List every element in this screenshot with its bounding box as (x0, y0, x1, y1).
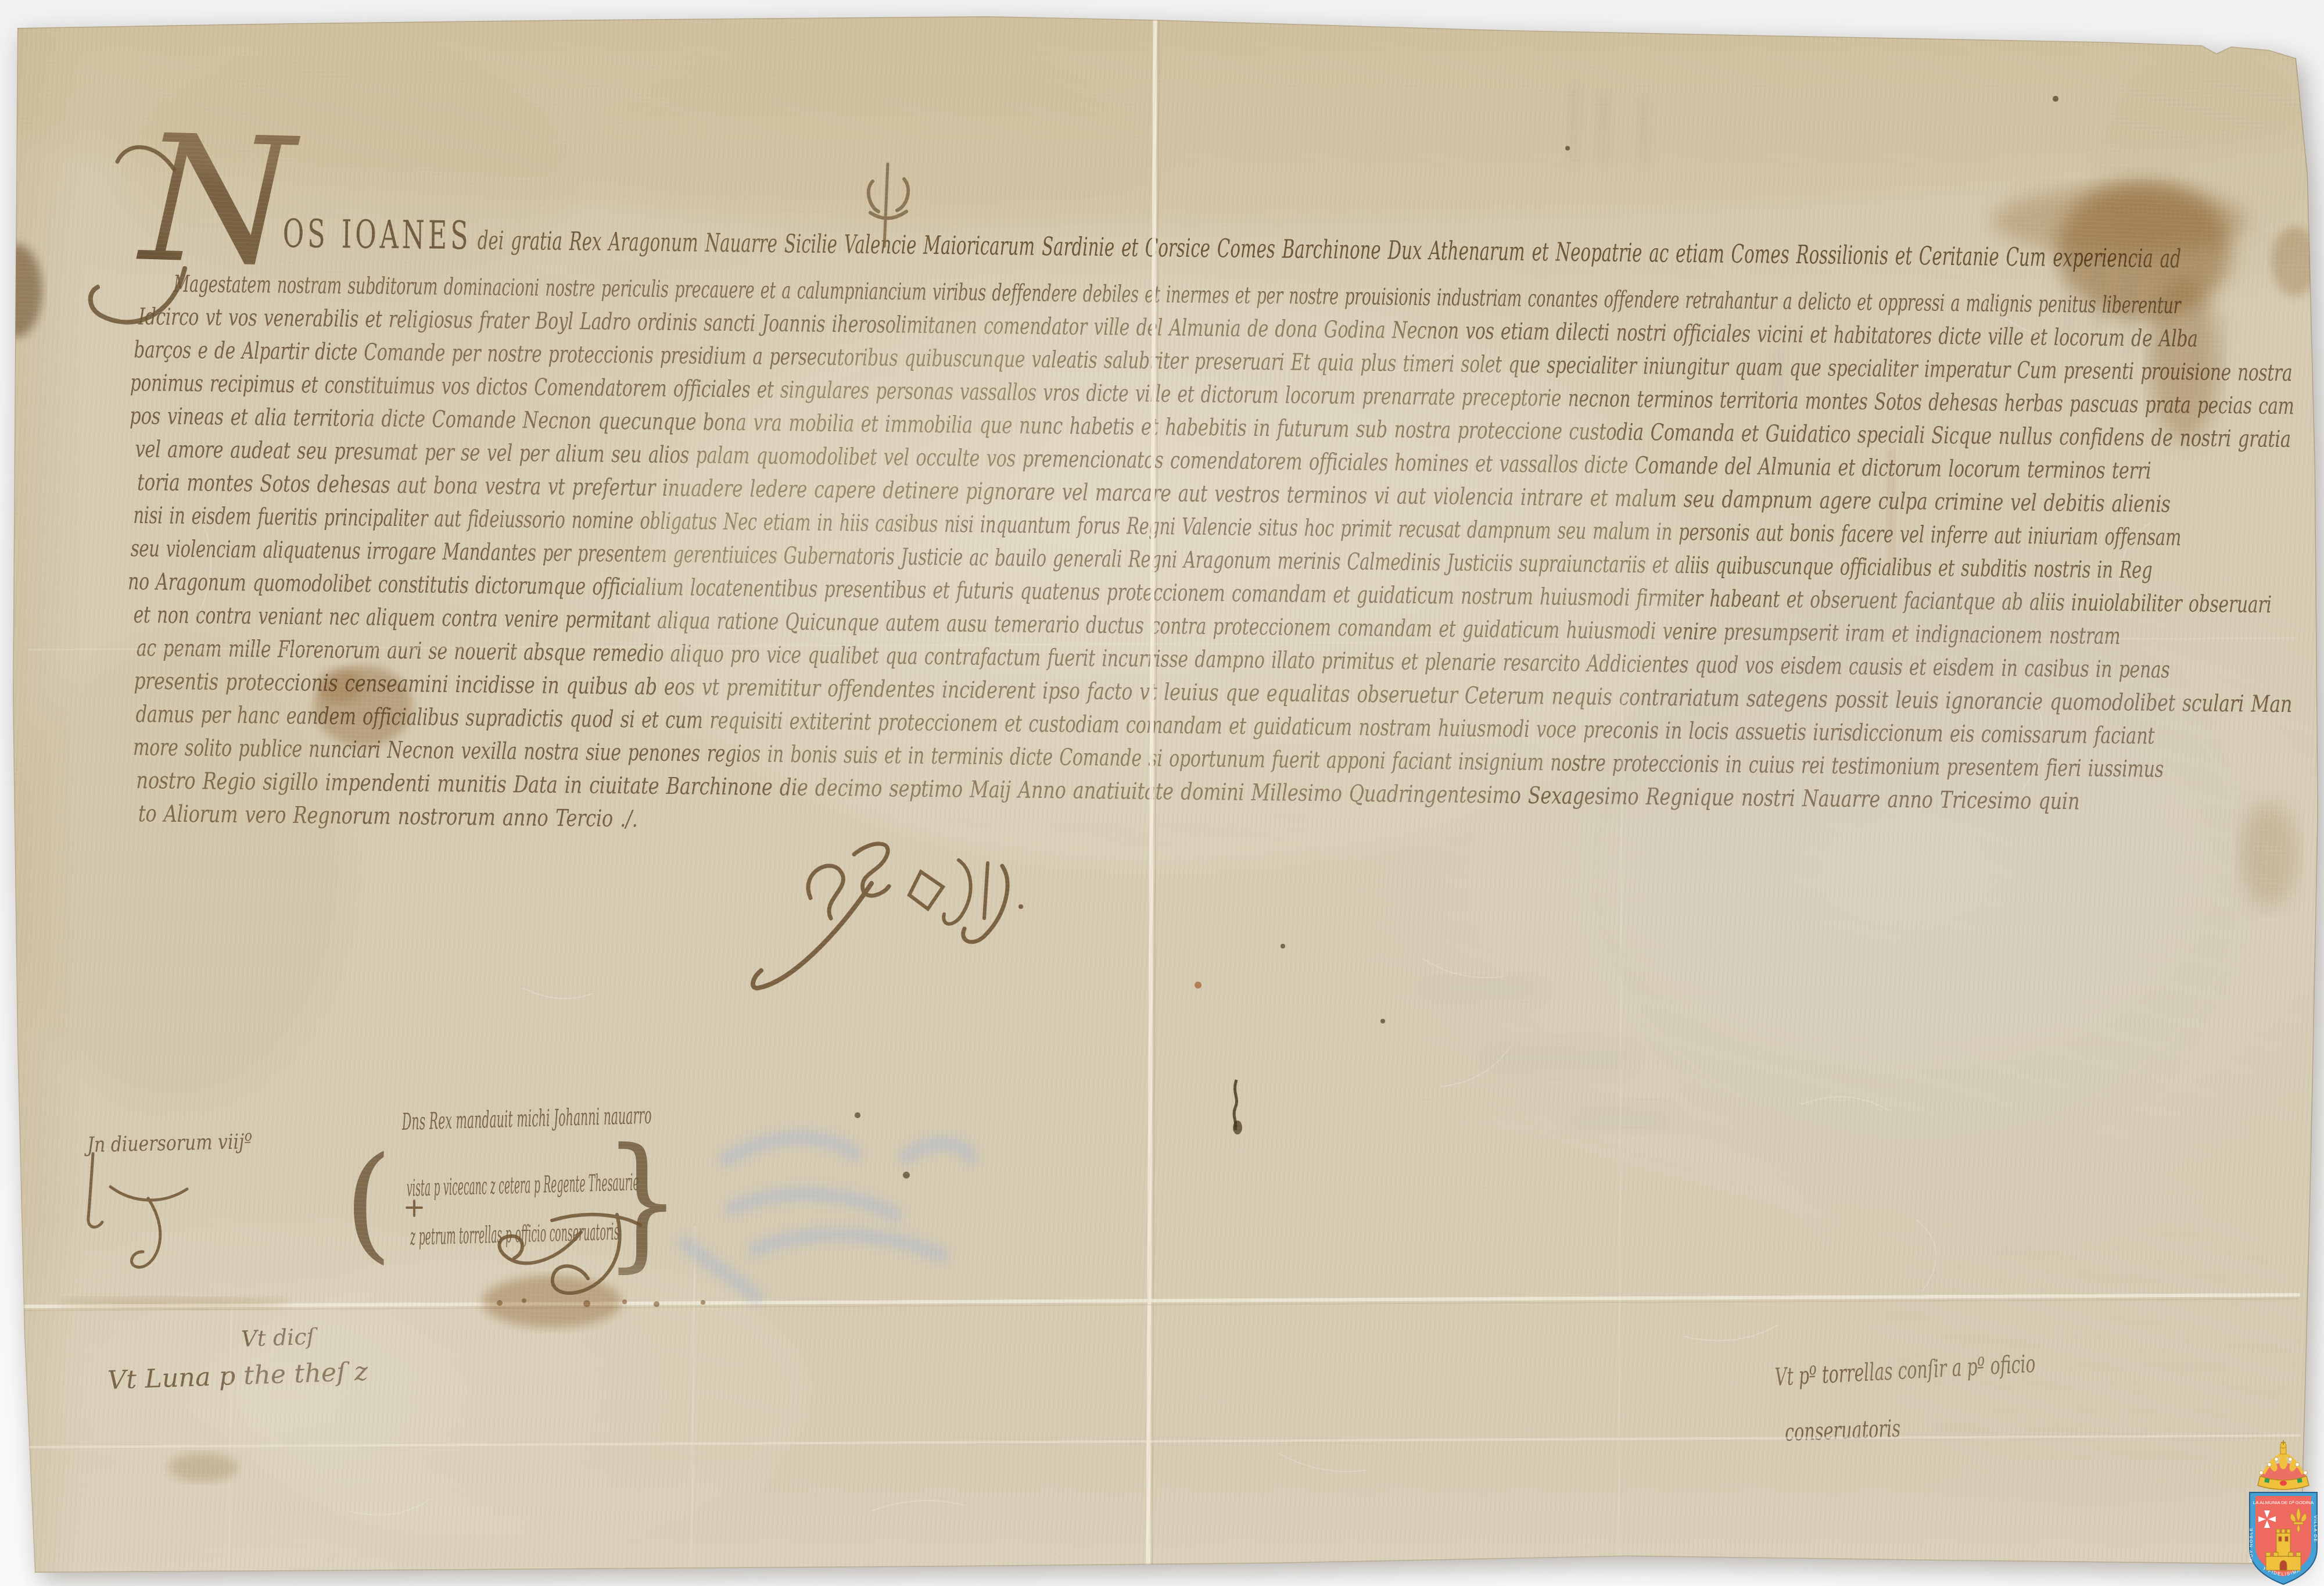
parchment-shadow-wrap: N OS IOANES dei gratia Rex Aragonum Naua… (0, 0, 2324, 1586)
registration-note: Jn diuersorum viijº (87, 1130, 253, 1157)
conservator-note-line2: conseruatoris (1784, 1414, 1901, 1447)
stamp-motto-right: VILLA DE (2313, 1515, 2318, 1542)
parchment-sheet: N OS IOANES dei gratia Rex Aragonum Naua… (0, 0, 2324, 1586)
crown-icon (2258, 1440, 2309, 1490)
svg-text:VILLA DE: VILLA DE (2313, 1515, 2318, 1542)
charter-text-block: OS IOANES dei gratia Rex Aragonum Nauarr… (123, 215, 2315, 965)
chancery-note-line: z petrum torrellas p officio conseruator… (410, 1219, 619, 1251)
archive-photograph: { "colors":{ "background":"#f3f3f4","par… (0, 0, 2324, 1586)
opening-royal-name: OS IOANES (282, 211, 472, 259)
opening-line: OS IOANES dei gratia Rex Aragonum Nauarr… (282, 211, 2181, 277)
stamp-motto-left: MUY NOBLE (2248, 1527, 2254, 1563)
municipal-coat-of-arms: LA ALMUNIA DE Dª GODINA MUY NOBLE Y FIDE… (2240, 1440, 2324, 1586)
verification-note-1: Vt dicſ (241, 1324, 315, 1352)
shield: LA ALMUNIA DE Dª GODINA MUY NOBLE Y FIDE… (2248, 1492, 2318, 1584)
svg-text:MUY NOBLE: MUY NOBLE (2248, 1527, 2254, 1563)
verification-note-2: Vt Luna p the theſ z (107, 1356, 368, 1395)
conservator-note-line1: Vt pº torrellas conſir a pº oficio (1774, 1349, 2036, 1391)
royal-intitulation: dei gratia Rex Aragonum Nauarre Sicilie … (478, 225, 2182, 274)
opening-paren-flourish: ( (344, 1140, 393, 1265)
dating-clause-end: to Aliorum vero Regnorum nostrorum anno … (138, 800, 638, 832)
stamp-title: LA ALMUNIA DE Dª GODINA (2253, 1500, 2314, 1505)
closing-brace-flourish: } (603, 1129, 682, 1274)
